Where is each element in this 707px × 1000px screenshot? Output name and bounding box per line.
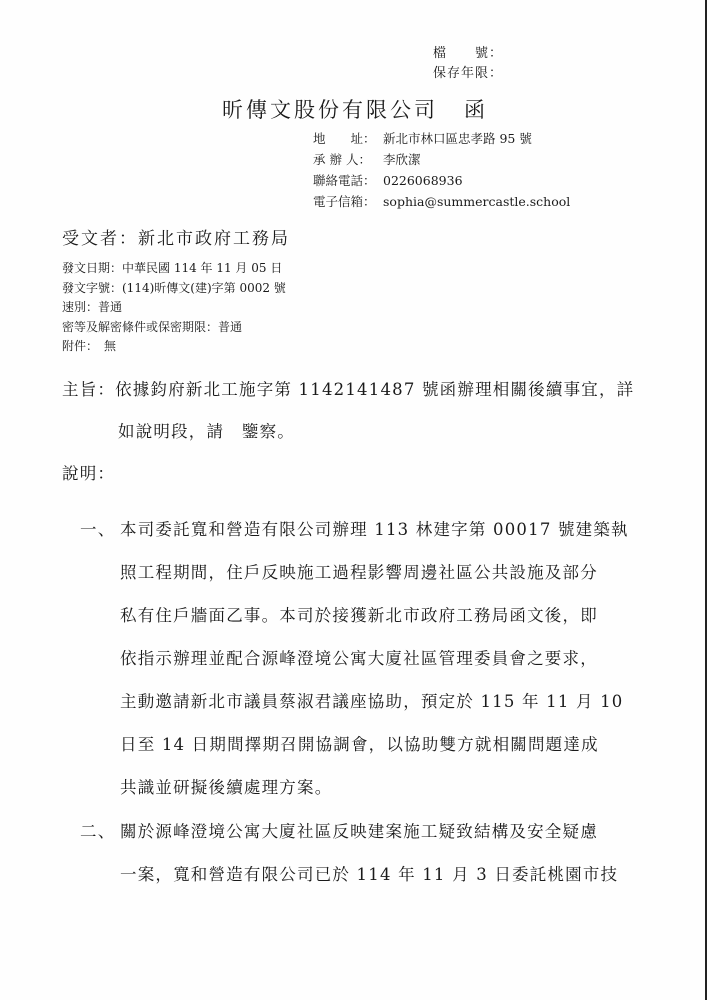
document-info: 發文日期：中華民國 114 年 11 月 05 日 發文字號：(114)昕傳文(…: [62, 259, 286, 357]
address-row: 地 址：新北市林口區忠孝路 95 號: [313, 128, 570, 149]
issue-date: 發文日期：中華民國 114 年 11 月 05 日: [62, 259, 286, 279]
recipient-label: 受文者：: [62, 229, 138, 249]
subject-line-1: 主旨：依據鈞府新北工施字第 1142141487 號函辦理相關後續事宜，詳: [62, 376, 634, 400]
item-line: 依指示辦理並配合源峰澄境公寓大廈社區管理委員會之要求，: [120, 637, 629, 680]
email-value: sophia@summercastle.school: [383, 194, 570, 209]
address-value: 新北市林口區忠孝路 95 號: [383, 131, 532, 146]
item-line: 日至 14 日期間擇期召開協調會，以協助雙方就相關問題達成: [120, 723, 629, 766]
handler-row: 承 辦 人：李欣潔: [313, 149, 570, 170]
item-line: 主動邀請新北市議員蔡淑君議座協助，預定於 115 年 11 月 10: [120, 680, 629, 723]
item-line: 共識並研擬後續處理方案。: [120, 766, 629, 809]
file-meta: 檔 號： 保存年限：: [433, 44, 503, 84]
company-name: 昕傳文股份有限公司: [222, 98, 438, 122]
item-number: 一、: [80, 508, 115, 551]
attachments: 附件： 無: [62, 337, 286, 357]
file-number-label: 檔 號：: [433, 44, 503, 64]
explanation-item-2: 二、 關於源峰澄境公寓大廈社區反映建案施工疑致結構及安全疑慮 一案，寬和營造有限…: [80, 810, 618, 896]
document-type: 函: [464, 98, 488, 122]
speed-class: 速別：普通: [62, 298, 286, 318]
phone-value: 0226068936: [383, 173, 463, 188]
explanation-label: 說明：: [62, 460, 115, 484]
item-line: 私有住戶牆面乙事。本司於接獲新北市政府工務局函文後，即: [120, 594, 629, 637]
document-title: 昕傳文股份有限公司函: [222, 94, 488, 124]
handler-value: 李欣潔: [383, 152, 421, 167]
sender-info: 地 址：新北市林口區忠孝路 95 號 承 辦 人：李欣潔 聯絡電話：022606…: [313, 128, 570, 212]
recipient: 受文者：新北市政府工務局: [62, 224, 290, 249]
phone-row: 聯絡電話：0226068936: [313, 170, 570, 191]
email-row: 電子信箱：sophia@summercastle.school: [313, 191, 570, 212]
item-line: 照工程期間，住戶反映施工過程影響周邊社區公共設施及部分: [120, 551, 629, 594]
retention-label: 保存年限：: [433, 64, 503, 84]
item-line: 關於源峰澄境公寓大廈社區反映建案施工疑致結構及安全疑慮: [120, 810, 618, 853]
item-line: 一案，寬和營造有限公司已於 114 年 11 月 3 日委託桃園市技: [120, 853, 618, 896]
item-line: 本司委託寬和營造有限公司辦理 113 林建字第 00017 號建築執: [120, 508, 629, 551]
subject-label: 主旨：: [62, 380, 115, 399]
explanation-item-1: 一、 本司委託寬和營造有限公司辦理 113 林建字第 00017 號建築執 照工…: [80, 508, 629, 809]
security-level: 密等及解密條件或保密期限：普通: [62, 318, 286, 338]
document-page: 檔 號： 保存年限： 昕傳文股份有限公司函 地 址：新北市林口區忠孝路 95 號…: [0, 0, 707, 1000]
recipient-value: 新北市政府工務局: [138, 229, 290, 249]
item-number: 二、: [80, 810, 115, 853]
subject-line-2: 如說明段，請 鑒察。: [118, 418, 295, 442]
document-number: 發文字號：(114)昕傳文(建)字第 0002 號: [62, 279, 286, 299]
